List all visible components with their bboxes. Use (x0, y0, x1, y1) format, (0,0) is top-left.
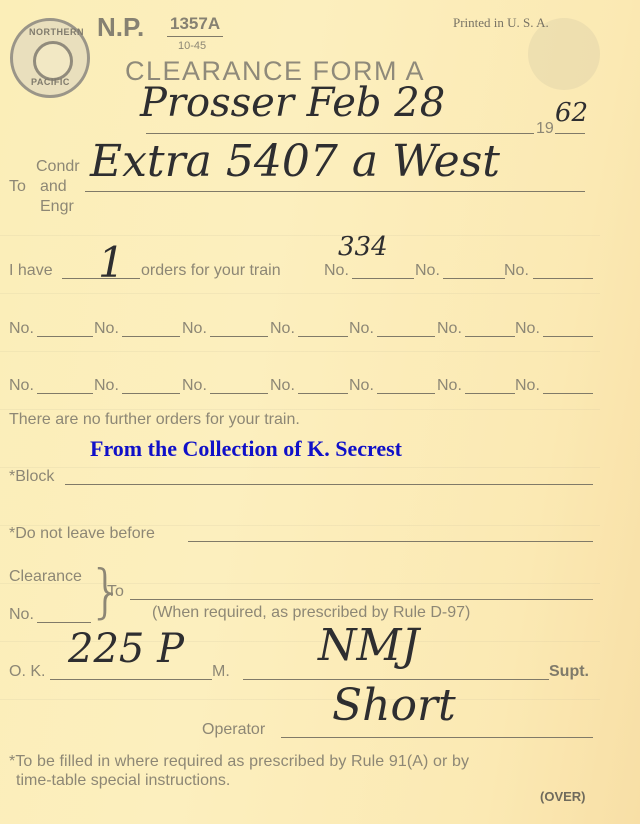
order-no-line (298, 393, 348, 394)
order-count-handwritten: 1 (98, 238, 125, 287)
clearance-to-line (130, 599, 593, 600)
do-not-leave-line (188, 541, 593, 542)
order-no-line (377, 393, 435, 394)
form-date: 10-45 (178, 40, 206, 52)
order-no-label: No. (9, 320, 34, 338)
place-date-line (146, 133, 534, 134)
printed-in-usa: Printed in U. S. A. (453, 15, 549, 31)
clearance-no-label: No. (9, 606, 34, 624)
order-no-label: No. (437, 320, 462, 338)
northern-pacific-logo: NORTHERN PACIFIC (10, 18, 90, 98)
supt-label: Supt. (549, 663, 589, 681)
year-prefix: 19 (536, 120, 554, 138)
order-no-label: No. (182, 377, 207, 395)
order-no-label: No. (182, 320, 207, 338)
order-no-line (122, 336, 180, 337)
place-date-handwritten: Prosser Feb 28 (140, 80, 445, 126)
logo-bottom-text: PACIFIC (31, 77, 70, 87)
order-no-label: No. (349, 320, 374, 338)
order-no-line (122, 393, 180, 394)
train-no-line-1 (352, 278, 414, 279)
order-no-label: No. (270, 377, 295, 395)
engr-label: Engr (40, 198, 74, 216)
order-no-label: No. (515, 320, 540, 338)
condr-label: Condr (36, 158, 80, 176)
ok-time-handwritten: 225 P (68, 626, 184, 672)
train-no-label-2: No. (415, 262, 440, 280)
order-no-label: No. (94, 377, 119, 395)
operator-label: Operator (202, 721, 265, 739)
order-no-line (210, 393, 268, 394)
train-no-label-1: No. (324, 262, 349, 280)
footnote-line-2: time-table special instructions. (16, 772, 230, 790)
supt-initials-handwritten: NMJ (318, 620, 419, 671)
order-no-line (37, 393, 93, 394)
to-handwritten: Extra 5407 a West (90, 136, 500, 187)
order-no-label: No. (94, 320, 119, 338)
order-no-line (543, 393, 593, 394)
no-further-orders: There are no further orders for your tra… (9, 411, 300, 429)
train-no-label-3: No. (504, 262, 529, 280)
order-no-line (377, 336, 435, 337)
order-no-line (465, 393, 515, 394)
order-no-line (543, 336, 593, 337)
logo-top-text: NORTHERN (29, 27, 84, 37)
operator-line (281, 737, 593, 738)
clearance-to-label: To (107, 583, 124, 601)
order-no-line (465, 336, 515, 337)
m-label: M. (212, 663, 230, 681)
train-no-handwritten: 334 (338, 232, 388, 262)
train-no-line-3 (533, 278, 593, 279)
do-not-leave-label: *Do not leave before (9, 525, 155, 543)
orders-for-label: orders for your train (141, 262, 281, 280)
footnote-line-1: *To be filled in where required as presc… (9, 753, 469, 771)
clearance-label: Clearance (9, 568, 82, 586)
order-no-label: No. (270, 320, 295, 338)
ok-time-line (50, 679, 212, 680)
to-label: To (9, 178, 26, 196)
operator-signature-handwritten: Short (332, 680, 456, 731)
clearance-no-line (37, 622, 91, 623)
collection-watermark: From the Collection of K. Secrest (90, 436, 402, 462)
order-no-label: No. (349, 377, 374, 395)
year-line (555, 133, 585, 134)
to-line (85, 191, 585, 192)
form-number: 1357A (170, 14, 220, 34)
over-label: (OVER) (540, 789, 586, 804)
and-label: and (40, 178, 67, 196)
form-number-rule (167, 36, 223, 37)
order-no-line (37, 336, 93, 337)
order-no-label: No. (515, 377, 540, 395)
order-no-line (210, 336, 268, 337)
ok-label: O. K. (9, 663, 45, 681)
i-have-label: I have (9, 262, 53, 280)
block-label: *Block (9, 468, 54, 486)
order-no-line (298, 336, 348, 337)
railroad-abbrev: N.P. (97, 12, 144, 43)
train-no-line-2 (443, 278, 505, 279)
block-line (65, 484, 593, 485)
clearance-note: (When required, as prescribed by Rule D-… (152, 604, 470, 622)
monad-logo-icon (33, 41, 73, 81)
order-no-label: No. (437, 377, 462, 395)
year-handwritten: 62 (555, 98, 588, 128)
order-no-label: No. (9, 377, 34, 395)
